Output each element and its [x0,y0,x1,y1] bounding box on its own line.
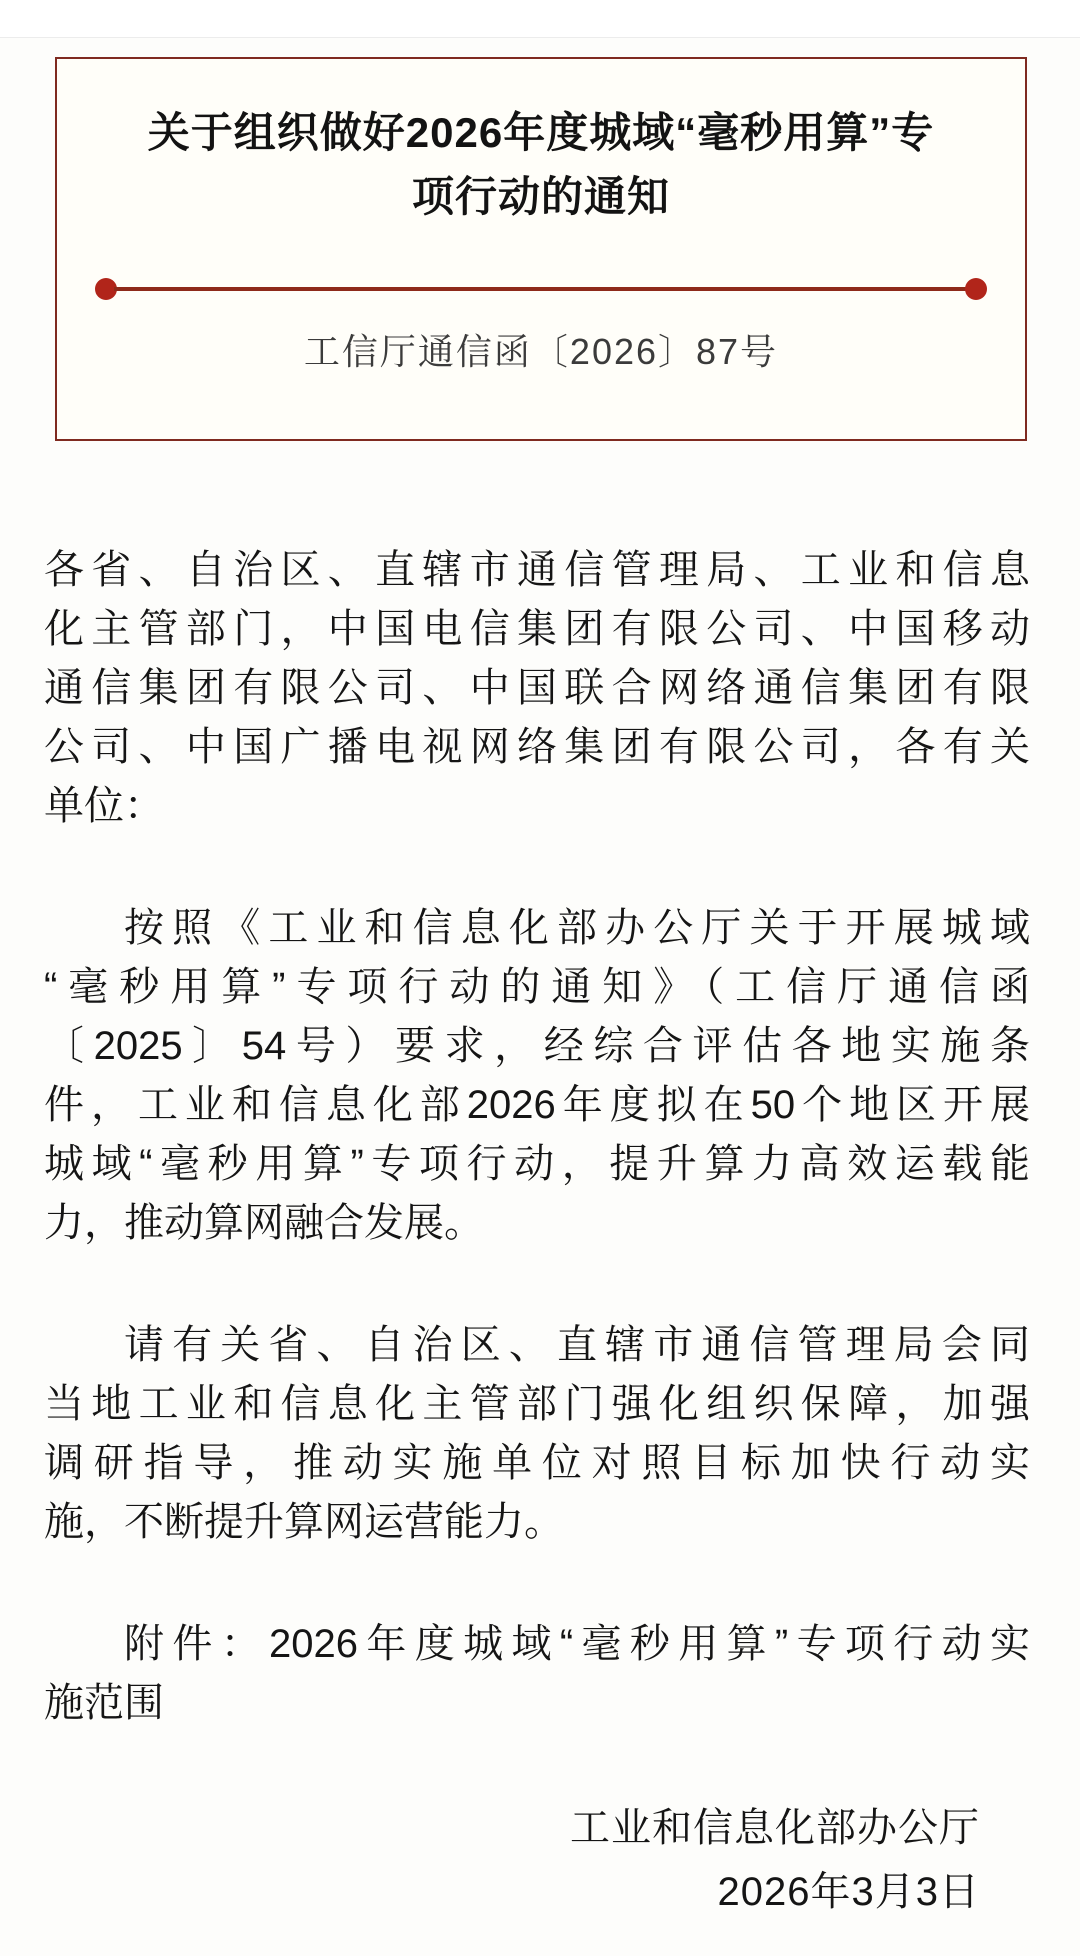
body-line: 调研指导，推动实施单位对照目标加快行动实 [44,1434,1030,1493]
body-line: 施，不断提升算网运营能力。 [44,1493,1030,1552]
notice-title-line1: 关于组织做好2026年度城域“毫秒用算”专 [91,101,991,165]
body-line: 件，工业和信息化部2026年度拟在50个地区开展 [44,1076,1030,1135]
title-divider [95,277,987,301]
notice-title: 关于组织做好2026年度城域“毫秒用算”专 项行动的通知 [91,101,991,229]
body-line: 〔2025〕54号）要求，经综合评估各地实施条 [44,1017,1030,1076]
top-divider-line [0,0,1080,38]
paragraph-attachment: 附件：2026年度城域“毫秒用算”专项行动实 施范围 [44,1615,1030,1733]
signature-block: 工业和信息化部办公厅 2026年3月3日 [88,1796,980,1924]
notice-header-box: 关于组织做好2026年度城域“毫秒用算”专 项行动的通知 工信厅通信函〔2026… [55,57,1027,441]
body-line: 请有关省、自治区、直辖市通信管理局会同 [44,1316,1030,1375]
body-line: 通信集团有限公司、中国联合网络通信集团有限 [44,659,1030,718]
body-line: 公司、中国广播电视网络集团有限公司，各有关 [44,718,1030,777]
paragraph-recipients: 各省、自治区、直辖市通信管理局、工业和信息 化主管部门，中国电信集团有限公司、中… [44,541,1030,836]
notice-page: 关于组织做好2026年度城域“毫秒用算”专 项行动的通知 工信厅通信函〔2026… [0,0,1080,1956]
divider-right-dot-icon [965,278,987,300]
body-line: 当地工业和信息化主管部门强化组织保障，加强 [44,1375,1030,1434]
notice-title-line2: 项行动的通知 [91,165,991,229]
body-line: 城域“毫秒用算”专项行动，提升算力高效运载能 [44,1135,1030,1194]
body-line: 各省、自治区、直辖市通信管理局、工业和信息 [44,541,1030,600]
signature-org: 工业和信息化部办公厅 [88,1796,980,1860]
notice-body: 各省、自治区、直辖市通信管理局、工业和信息 化主管部门，中国电信集团有限公司、中… [44,541,1030,1924]
signature-date: 2026年3月3日 [88,1860,980,1924]
body-line: 施范围 [44,1674,1030,1733]
paragraph-basis: 按照《工业和信息化部办公厅关于开展城域 “毫秒用算”专项行动的通知》（工信厅通信… [44,899,1030,1253]
body-line: 单位： [44,777,1030,836]
paragraph-requirements: 请有关省、自治区、直辖市通信管理局会同 当地工业和信息化主管部门强化组织保障，加… [44,1316,1030,1552]
body-line: “毫秒用算”专项行动的通知》（工信厅通信函 [44,958,1030,1017]
document-number: 工信厅通信函〔2026〕87号 [91,329,991,375]
body-line: 力，推动算网融合发展。 [44,1194,1030,1253]
body-line: 附件：2026年度城域“毫秒用算”专项行动实 [44,1615,1030,1674]
divider-line [114,287,968,291]
body-line: 化主管部门，中国电信集团有限公司、中国移动 [44,600,1030,659]
body-line: 按照《工业和信息化部办公厅关于开展城域 [44,899,1030,958]
